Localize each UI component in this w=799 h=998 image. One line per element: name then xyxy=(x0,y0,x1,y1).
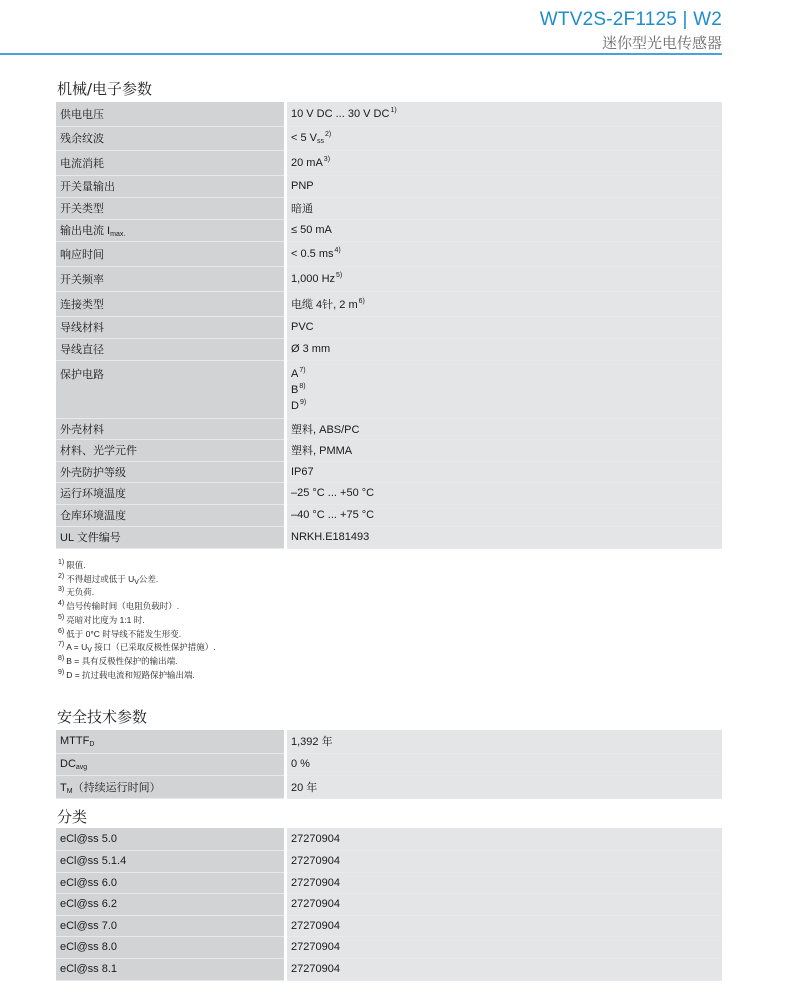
row-value: 27270904 xyxy=(286,936,723,958)
row-value: 塑料, PMMA xyxy=(286,439,723,461)
footnote: 4)信号传输时间（电阻负载时）. xyxy=(58,600,216,614)
table-row: 材料、光学元件 塑料, PMMA xyxy=(56,439,722,461)
value-text: 电缆 4针, 2 m xyxy=(291,299,358,311)
row-value: ≤ 50 mA xyxy=(286,219,723,241)
value-subscript: ss xyxy=(317,138,324,145)
row-value: 1,000 Hz5) xyxy=(286,266,723,291)
row-value: 27270904 xyxy=(286,915,723,936)
product-subtitle: 迷你型光电传感器 xyxy=(602,32,722,53)
row-label: 开关类型 xyxy=(56,197,286,219)
table-row: 外壳材料 塑料, ABS/PC xyxy=(56,418,722,439)
row-label: 导线直径 xyxy=(56,338,286,360)
footnote-text: A = U xyxy=(66,642,87,652)
value-text: 10 V DC ... 30 V DC xyxy=(291,108,389,120)
table-row: 连接类型 电缆 4针, 2 m6) xyxy=(56,291,722,316)
row-value: 27270904 xyxy=(286,958,723,980)
row-value: A7) B8) D9) xyxy=(286,360,723,418)
row-label: eCl@ss 6.0 xyxy=(56,872,286,893)
footnote-text: 不得超过或低于 U xyxy=(66,574,134,584)
row-label: 外壳防护等级 xyxy=(56,461,286,482)
row-label: DCavg xyxy=(56,753,286,775)
footnote-text: 限值. xyxy=(66,560,85,570)
table-row: 仓库环境温度 –40 °C ... +75 °C xyxy=(56,504,722,526)
footnote-ref: 2) xyxy=(325,131,331,138)
footnote-number: 6) xyxy=(58,628,64,635)
mech-spec-table: 供电电压 10 V DC ... 30 V DC1) 残余纹波 < 5 Vss2… xyxy=(56,102,722,549)
row-label: 运行环境温度 xyxy=(56,482,286,504)
footnote-text: 无负荷. xyxy=(66,587,94,597)
row-value: < 5 Vss2) xyxy=(286,126,723,150)
footnote-text: 亮暗对比度为 1:1 时. xyxy=(66,615,144,625)
table-row: 导线直径 Ø 3 mm xyxy=(56,338,722,360)
value-text: D xyxy=(291,400,299,412)
row-label: eCl@ss 5.0 xyxy=(56,828,286,850)
row-label: 残余纹波 xyxy=(56,126,286,150)
row-label: 供电电压 xyxy=(56,102,286,126)
row-value: 0 % xyxy=(286,753,723,775)
product-title: WTV2S-2F1125 | W2 xyxy=(540,9,722,31)
row-value: –40 °C ... +75 °C xyxy=(286,504,723,526)
footnote-ref: 4) xyxy=(335,247,341,254)
footnote-number: 8) xyxy=(58,655,64,662)
row-value: PNP xyxy=(286,175,723,197)
row-value: 电缆 4针, 2 m6) xyxy=(286,291,723,316)
footnote-number: 3) xyxy=(58,586,64,593)
table-row: eCl@ss 5.1.4 27270904 xyxy=(56,850,722,872)
row-label: eCl@ss 6.2 xyxy=(56,893,286,915)
footnote-ref: 3) xyxy=(324,156,330,163)
label-subscript: D xyxy=(89,741,94,748)
footnote-number: 2) xyxy=(58,573,64,580)
footnote-text: 公差. xyxy=(139,574,158,584)
table-row: eCl@ss 7.0 27270904 xyxy=(56,915,722,936)
table-row: 开关量输出 PNP xyxy=(56,175,722,197)
table-row: 残余纹波 < 5 Vss2) xyxy=(56,126,722,150)
row-value: NRKH.E181493 xyxy=(286,526,723,548)
row-value: 20 mA3) xyxy=(286,150,723,175)
row-label: 电流消耗 xyxy=(56,150,286,175)
row-label: eCl@ss 5.1.4 xyxy=(56,850,286,872)
footnote: 8)B = 具有反极性保护的输出端. xyxy=(58,655,216,669)
table-row: 开关类型 暗通 xyxy=(56,197,722,219)
row-label: 连接类型 xyxy=(56,291,286,316)
footnote: 5)亮暗对比度为 1:1 时. xyxy=(58,614,216,628)
footnote-text: B = 具有反极性保护的输出端. xyxy=(66,656,177,666)
footnote-ref: 1) xyxy=(390,107,396,114)
section-title-classification: 分类 xyxy=(57,806,87,827)
row-label: eCl@ss 8.0 xyxy=(56,936,286,958)
row-label: 响应时间 xyxy=(56,241,286,266)
row-label: 导线材料 xyxy=(56,316,286,338)
footnote: 1)限值. xyxy=(58,559,216,573)
footnote-ref: 7) xyxy=(299,367,305,374)
table-row: 运行环境温度 –25 °C ... +50 °C xyxy=(56,482,722,504)
footnote: 9)D = 抗过载电流和短路保护输出端. xyxy=(58,669,216,683)
row-label: 输出电流 Imax. xyxy=(56,219,286,241)
table-row: DCavg 0 % xyxy=(56,753,722,775)
table-row: MTTFD 1,392 年 xyxy=(56,730,722,753)
label-subscript: avg xyxy=(76,764,87,771)
table-row: UL 文件编号 NRKH.E181493 xyxy=(56,526,722,548)
footnote-number: 4) xyxy=(58,600,64,607)
table-row: 输出电流 Imax. ≤ 50 mA xyxy=(56,219,722,241)
row-value: 27270904 xyxy=(286,893,723,915)
footnote-number: 7) xyxy=(58,641,64,648)
footnote-ref: 8) xyxy=(299,383,305,390)
footnote-ref: 9) xyxy=(300,399,306,406)
footnote-number: 5) xyxy=(58,614,64,621)
table-row: eCl@ss 6.2 27270904 xyxy=(56,893,722,915)
label-subscript: max. xyxy=(110,231,125,238)
row-value: 27270904 xyxy=(286,872,723,893)
footnote: 7)A = UV 接口（已采取反极性保护措施）. xyxy=(58,641,216,655)
row-value: –25 °C ... +50 °C xyxy=(286,482,723,504)
footnote-text: 低于 0°C 时导线不能发生形变. xyxy=(66,629,181,639)
value-text: A xyxy=(291,368,298,380)
label-text: DC xyxy=(60,758,76,770)
row-value: 10 V DC ... 30 V DC1) xyxy=(286,102,723,126)
label-text: （持续运行时间） xyxy=(73,782,161,794)
table-row: 电流消耗 20 mA3) xyxy=(56,150,722,175)
value-line: A7) xyxy=(291,366,722,382)
safety-spec-table: MTTFD 1,392 年 DCavg 0 % TM（持续运行时间） 20 年 xyxy=(56,730,722,799)
value-line: B8) xyxy=(291,382,722,398)
table-row: eCl@ss 8.1 27270904 xyxy=(56,958,722,980)
table-row: 供电电压 10 V DC ... 30 V DC1) xyxy=(56,102,722,126)
row-value: Ø 3 mm xyxy=(286,338,723,360)
footnote-text: 接口（已采取反极性保护措施）. xyxy=(92,642,216,652)
footnote-text: D = 抗过载电流和短路保护输出端. xyxy=(66,670,195,680)
row-label: UL 文件编号 xyxy=(56,526,286,548)
row-label: eCl@ss 8.1 xyxy=(56,958,286,980)
table-row: 保护电路 A7) B8) D9) xyxy=(56,360,722,418)
label-text: 输出电流 I xyxy=(60,225,110,237)
row-value: 20 年 xyxy=(286,775,723,798)
row-value: 暗通 xyxy=(286,197,723,219)
value-text: < 5 V xyxy=(291,132,317,144)
table-row: 开关频率 1,000 Hz5) xyxy=(56,266,722,291)
row-value: 27270904 xyxy=(286,828,723,850)
row-label: 开关频率 xyxy=(56,266,286,291)
table-row: 外壳防护等级 IP67 xyxy=(56,461,722,482)
label-text: MTTF xyxy=(60,735,89,747)
value-text: < 0.5 ms xyxy=(291,248,334,260)
value-line: D9) xyxy=(291,398,722,414)
section-title-mech: 机械/电子参数 xyxy=(57,78,152,99)
value-text: 20 mA xyxy=(291,157,323,169)
row-label: 开关量输出 xyxy=(56,175,286,197)
footnote: 2)不得超过或低于 UV公差. xyxy=(58,573,216,587)
row-label: 外壳材料 xyxy=(56,418,286,439)
header-divider xyxy=(0,53,722,55)
table-row: eCl@ss 8.0 27270904 xyxy=(56,936,722,958)
table-row: eCl@ss 5.0 27270904 xyxy=(56,828,722,850)
footnote-ref: 5) xyxy=(336,272,342,279)
row-value: 1,392 年 xyxy=(286,730,723,753)
table-row: TM（持续运行时间） 20 年 xyxy=(56,775,722,798)
row-label: 材料、光学元件 xyxy=(56,439,286,461)
footnote: 3)无负荷. xyxy=(58,586,216,600)
table-row: 导线材料 PVC xyxy=(56,316,722,338)
footnote-number: 1) xyxy=(58,559,64,566)
row-value: < 0.5 ms4) xyxy=(286,241,723,266)
row-value: IP67 xyxy=(286,461,723,482)
row-label: eCl@ss 7.0 xyxy=(56,915,286,936)
value-text: B xyxy=(291,384,298,396)
footnote-number: 9) xyxy=(58,669,64,676)
footnote-text: 信号传输时间（电阻负载时）. xyxy=(66,601,179,611)
footnote: 6)低于 0°C 时导线不能发生形变. xyxy=(58,628,216,642)
section-title-safety: 安全技术参数 xyxy=(57,706,147,727)
classification-table: eCl@ss 5.0 27270904 eCl@ss 5.1.4 2727090… xyxy=(56,828,722,981)
row-value: PVC xyxy=(286,316,723,338)
row-label: 仓库环境温度 xyxy=(56,504,286,526)
row-label: TM（持续运行时间） xyxy=(56,775,286,798)
table-row: 响应时间 < 0.5 ms4) xyxy=(56,241,722,266)
footnotes: 1)限值. 2)不得超过或低于 UV公差. 3)无负荷. 4)信号传输时间（电阻… xyxy=(58,559,216,682)
row-label: 保护电路 xyxy=(56,360,286,418)
row-value: 27270904 xyxy=(286,850,723,872)
row-label: MTTFD xyxy=(56,730,286,753)
label-text: T xyxy=(60,782,67,794)
value-text: 1,000 Hz xyxy=(291,273,335,285)
footnote-ref: 6) xyxy=(359,298,365,305)
table-row: eCl@ss 6.0 27270904 xyxy=(56,872,722,893)
row-value: 塑料, ABS/PC xyxy=(286,418,723,439)
